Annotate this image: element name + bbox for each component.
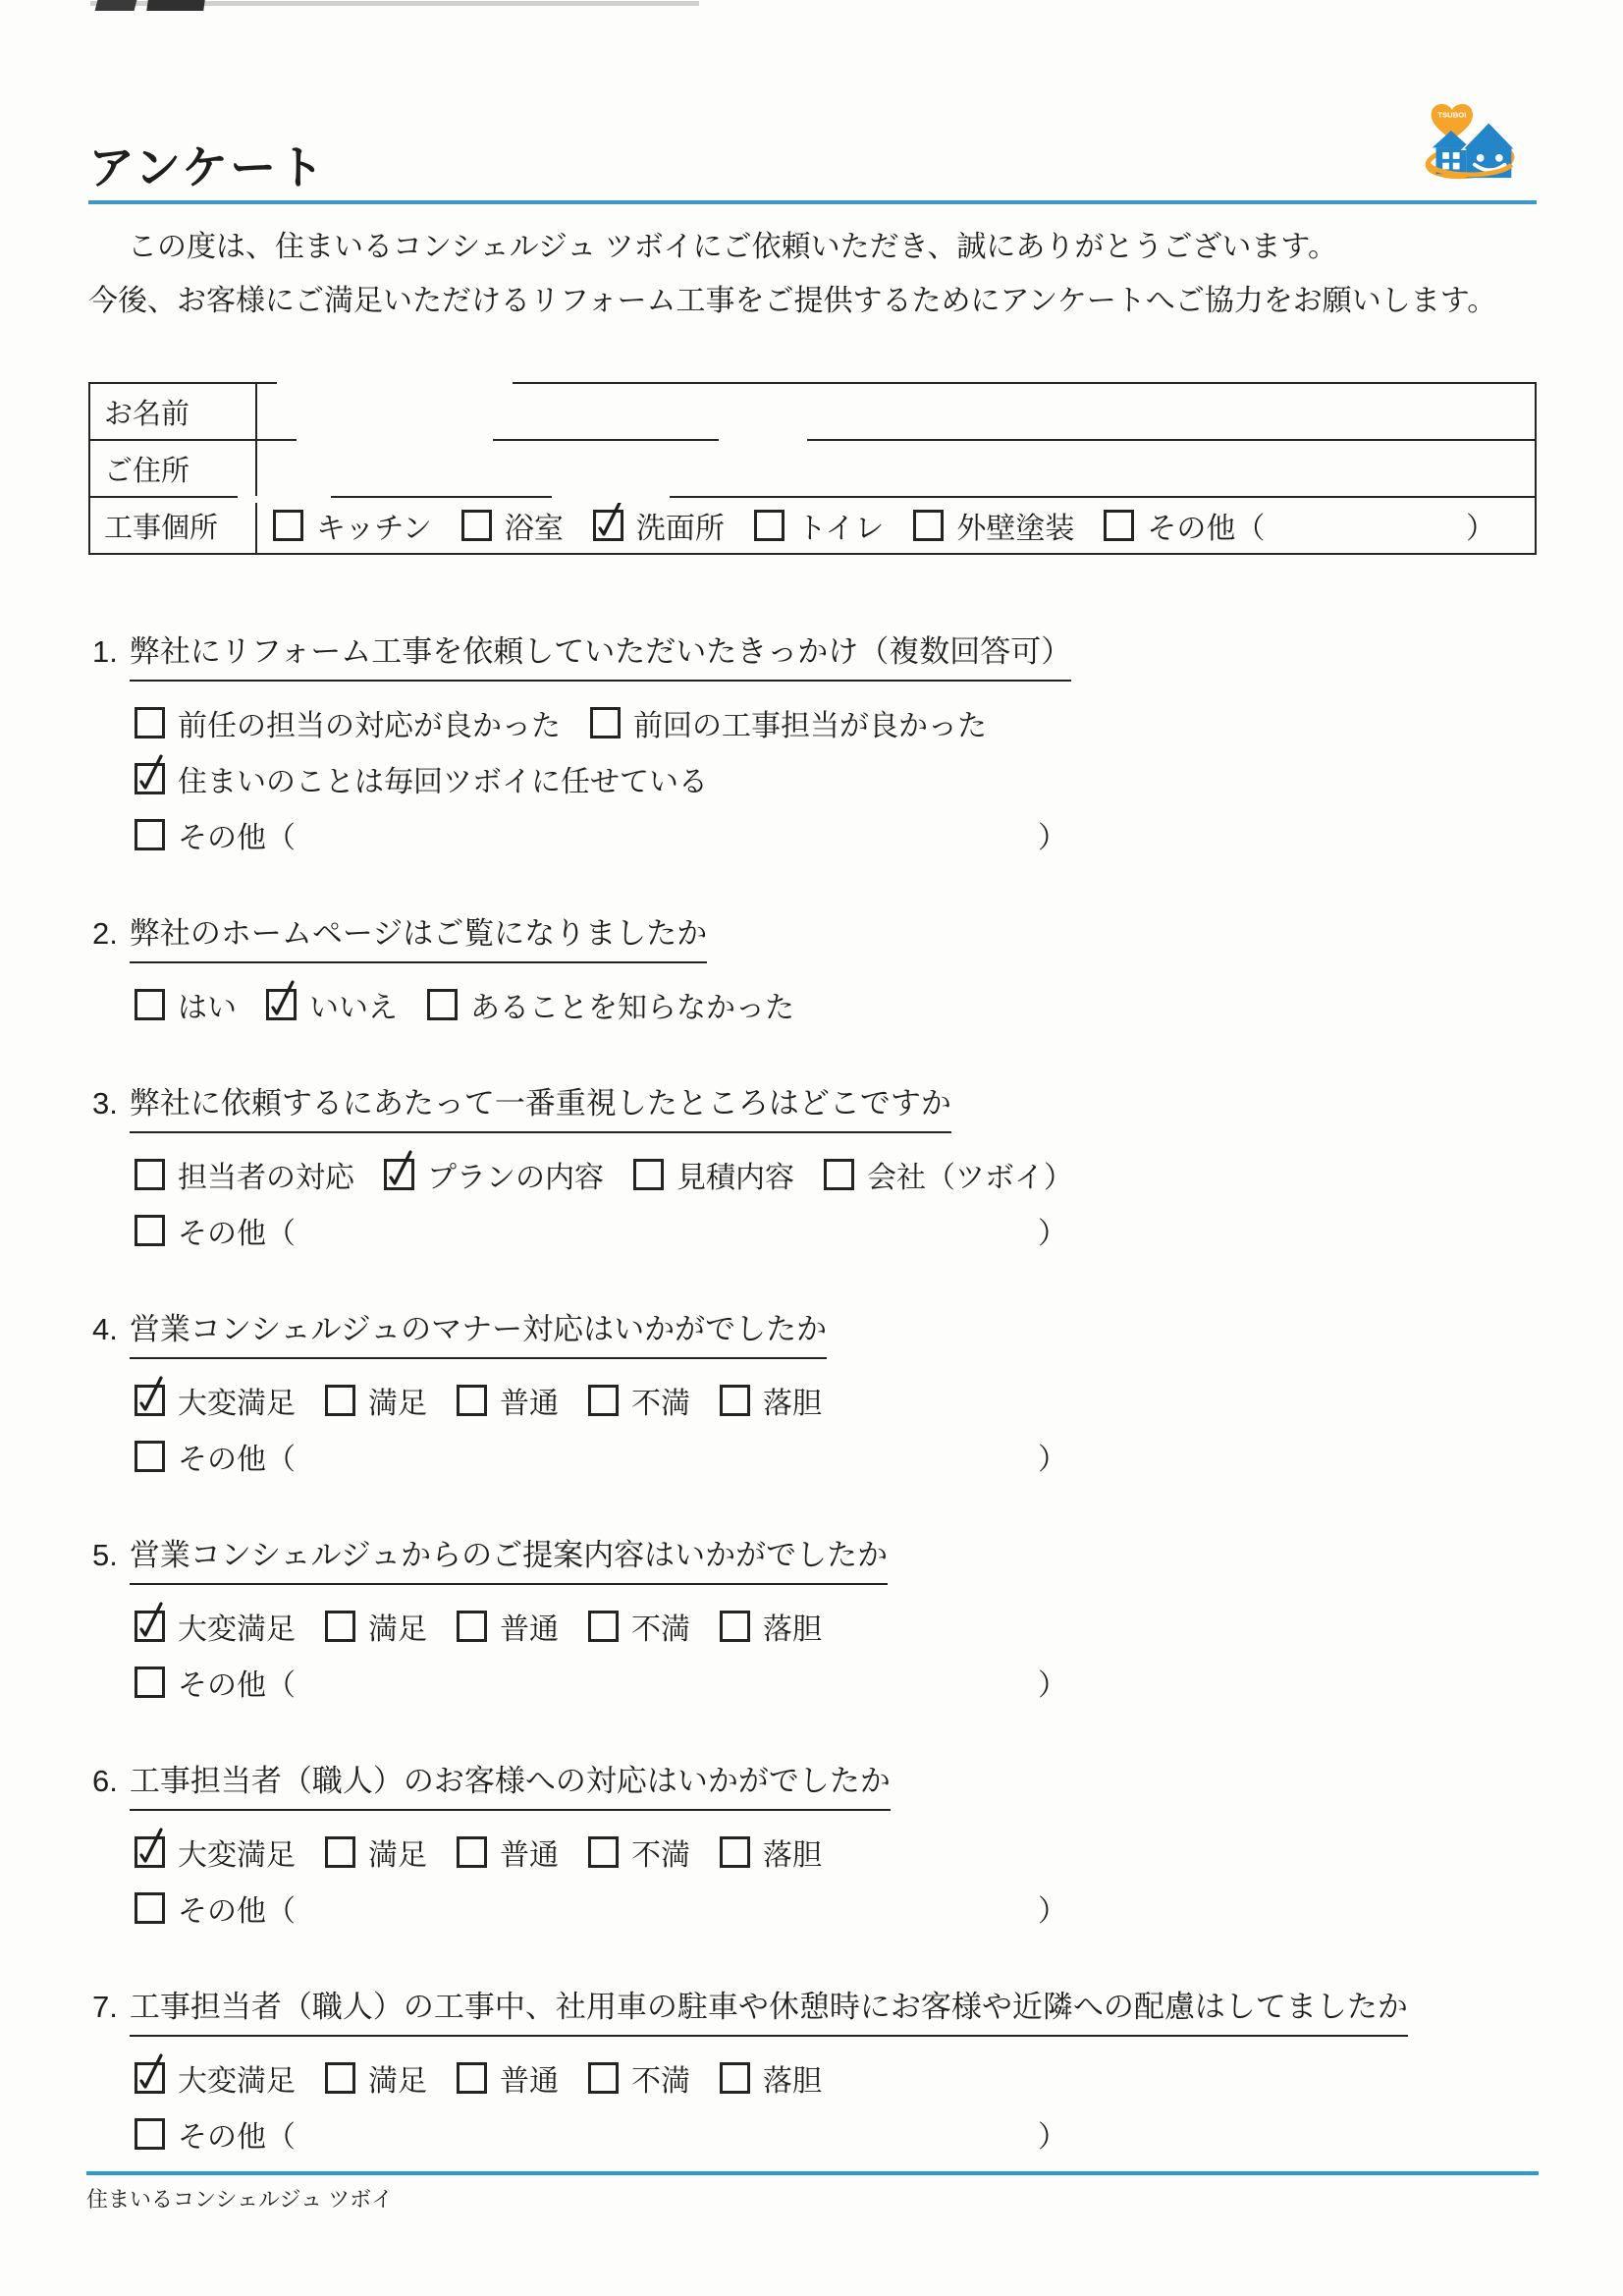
survey-option: その他（） [135,813,1067,856]
checkbox-checked[interactable] [266,989,297,1020]
option-row: その他（） [135,1886,1067,1930]
survey-option: 普通 [457,1831,559,1874]
scan-artifact [95,0,137,11]
question-heading: 7.工事担当者（職人）の工事中、社用車の駐車や休憩時にお客様や近隣への配慮はして… [92,1987,1537,2037]
intro-line-2: 今後、お客様にご満足いただけるリフォーム工事をご提供するためにアンケートへご協力… [88,284,1537,319]
survey-option: 満足 [325,1605,427,1648]
question-heading: 1.弊社にリフォーム工事を依頼していただいたきっかけ（複数回答可） [92,631,1537,682]
logo-text: TSUBOI [1437,111,1466,120]
option-row: 担当者の対応プランの内容見積内容会社（ツボイ） [135,1153,1537,1196]
close-paren: ） [1038,1661,1067,1704]
option-row: 大変満足満足普通不満落胆 [135,1379,1537,1422]
option-label: 不満 [631,1379,690,1422]
close-paren: ） [1038,1886,1067,1930]
survey-page: TSUBOI アンケート この度は、住まいるコンシェルジュ ツボイにご依頼いただ… [0,0,1623,2296]
question-6: 6.工事担当者（職人）のお客様への対応はいかがでしたか大変満足満足普通不満落胆そ… [92,1761,1537,1930]
option-label: トイレ [797,504,885,547]
close-paren: ） [1038,1435,1067,1478]
question-heading: 4.営業コンシェルジュのマナー対応はいかがでしたか [92,1309,1537,1359]
option-label: その他（ [178,813,296,856]
survey-option: はい [135,983,237,1026]
customer-info-table: お名前 ご住所 工事個所 キッチン浴室洗面所トイレ外壁塗装その他（） [88,382,1537,555]
question-heading: 2.弊社のホームページはご覧になりましたか [92,913,1537,963]
option-label: その他（ [178,1661,296,1704]
check-mark-icon [134,1373,167,1418]
scan-smudge [297,438,493,445]
close-paren: ） [1038,813,1067,856]
survey-option: 落胆 [720,2056,822,2100]
name-value-cell[interactable] [257,384,1535,439]
checkbox-checked[interactable] [135,2062,165,2094]
check-mark-icon [383,1147,416,1192]
checkbox[interactable] [325,1611,355,1642]
checkbox[interactable] [325,2062,355,2094]
survey-option: その他（） [135,1209,1067,1252]
survey-option: 大変満足 [135,1831,296,1874]
option-label: 落胆 [763,1831,822,1874]
page-title: アンケート [88,142,1537,193]
checkbox[interactable] [720,1836,750,1868]
option-row: 大変満足満足普通不満落胆 [135,1831,1537,1874]
checkbox[interactable] [754,510,784,541]
checkbox[interactable] [588,1836,619,1868]
option-label: 前任の担当の対応が良かった [178,701,561,744]
checkbox[interactable] [1104,510,1134,541]
option-label: 不満 [631,1605,690,1648]
checkbox-checked[interactable] [135,1611,165,1642]
checkbox[interactable] [325,1385,355,1416]
option-label: その他（ [1147,504,1265,547]
survey-option: 普通 [457,2056,559,2100]
close-paren: ） [1038,2112,1067,2156]
checkbox[interactable] [427,989,458,1020]
option-row: 前任の担当の対応が良かった前回の工事担当が良かった [135,701,1537,744]
checkbox-checked[interactable] [135,763,165,794]
option-label: 外壁塗装 [956,504,1074,547]
question-heading: 5.営業コンシェルジュからのご提案内容はいかがでしたか [92,1535,1537,1585]
checkbox[interactable] [135,1667,165,1698]
checkbox[interactable] [720,1611,750,1642]
option-row: その他（） [135,1209,1067,1252]
option-label: 普通 [500,1605,559,1648]
option-label: 不満 [631,1831,690,1874]
option-label: キッチン [316,504,432,547]
option-label: 大変満足 [178,1831,296,1874]
survey-option: 大変満足 [135,1605,296,1648]
footer-company: 住まいるコンシェルジュ ツボイ [86,2183,1539,2214]
question-number: 1. [92,631,118,682]
address-value-cell[interactable] [257,439,1535,496]
question-3: 3.弊社に依頼するにあたって一番重視したところはどこですか担当者の対応プランの内… [92,1083,1537,1252]
option-label: その他（ [178,1209,296,1252]
question-title: 工事担当者（職人）の工事中、社用車の駐車や休憩時にお客様や近隣への配慮はしてまし… [130,1987,1408,2037]
option-label: はい [178,983,237,1026]
checkbox[interactable] [273,510,303,541]
page-footer: 住まいるコンシェルジュ ツボイ [86,2171,1539,2214]
scan-smudge [552,496,670,503]
checkbox[interactable] [913,510,944,541]
check-mark-icon [134,1825,167,1870]
question-title: 弊社に依頼するにあたって一番重視したところはどこですか [130,1083,951,1133]
checkbox[interactable] [135,1215,165,1246]
checkbox[interactable] [457,1385,487,1416]
question-7: 7.工事担当者（職人）の工事中、社用車の駐車や休憩時にお客様や近隣への配慮はして… [92,1987,1537,2156]
option-label: 洗面所 [636,504,725,547]
option-label: 普通 [500,2056,559,2100]
checkbox[interactable] [457,1611,487,1642]
checkbox[interactable] [457,1836,487,1868]
checkbox[interactable] [590,707,621,738]
survey-option: 不満 [588,1831,690,1874]
close-paren: ） [1038,1209,1067,1252]
survey-option: 落胆 [720,1379,822,1422]
checkbox[interactable] [325,1836,355,1868]
checkbox[interactable] [135,1441,165,1472]
question-title: 営業コンシェルジュのマナー対応はいかがでしたか [130,1309,827,1359]
survey-option: 洗面所 [593,504,725,547]
option-label: いいえ [309,983,398,1026]
checkbox[interactable] [457,2062,487,2094]
question-title: 弊社にリフォーム工事を依頼していただいたきっかけ（複数回答可） [130,631,1071,682]
survey-option: 落胆 [720,1831,822,1874]
survey-option: 不満 [588,1379,690,1422]
survey-option: 落胆 [720,1605,822,1648]
option-label: 住まいのことは毎回ツボイに任せている [178,757,708,800]
check-mark-icon [134,1599,167,1644]
option-label: あることを知らなかった [470,983,794,1026]
survey-option: 普通 [457,1379,559,1422]
question-number: 3. [92,1083,118,1133]
option-label: 不満 [631,2056,690,2100]
survey-option: キッチン [273,504,432,547]
tsuboi-logo: TSUBOI [1425,98,1519,190]
scan-smudge [719,438,807,445]
close-paren: ） [1466,504,1495,547]
name-label: お名前 [90,384,257,439]
check-mark-icon [592,498,625,543]
question-heading: 6.工事担当者（職人）のお客様への対応はいかがでしたか [92,1761,1537,1811]
question-4: 4.営業コンシェルジュのマナー対応はいかがでしたか大変満足満足普通不満落胆その他… [92,1309,1537,1478]
checkbox[interactable] [135,1159,165,1190]
survey-option: 大変満足 [135,1379,296,1422]
question-5: 5.営業コンシェルジュからのご提案内容はいかがでしたか大変満足満足普通不満落胆そ… [92,1535,1537,1704]
survey-option: トイレ [754,504,885,547]
survey-option: 前任の担当の対応が良かった [135,701,561,744]
option-label: 大変満足 [178,2056,296,2100]
footer-rule [86,2171,1539,2175]
option-row: 大変満足満足普通不満落胆 [135,1605,1537,1648]
checkbox[interactable] [588,1611,619,1642]
survey-option: 不満 [588,1605,690,1648]
question-2: 2.弊社のホームページはご覧になりましたかはいいいえあることを知らなかった [92,913,1537,1026]
option-label: 大変満足 [178,1605,296,1648]
survey-option: プランの内容 [384,1153,604,1196]
title-rule [88,200,1537,204]
survey-option: その他（） [1104,504,1495,547]
survey-option: その他（） [135,1435,1067,1478]
option-label: 満足 [368,1831,427,1874]
survey-option: 満足 [325,1379,427,1422]
survey-option: 大変満足 [135,2056,296,2100]
survey-option: 前回の工事担当が良かった [590,701,987,744]
checkbox-checked[interactable] [384,1159,414,1190]
option-label: 満足 [368,2056,427,2100]
option-label: 満足 [368,1379,427,1422]
option-label: 落胆 [763,1605,822,1648]
option-label: その他（ [178,1886,296,1930]
check-mark-icon [134,2050,167,2096]
survey-option: 普通 [457,1605,559,1648]
check-mark-icon [134,751,167,796]
checkbox[interactable] [633,1159,664,1190]
checkbox[interactable] [720,2062,750,2094]
option-row: その他（） [135,1661,1067,1704]
question-title: 工事担当者（職人）のお客様への対応はいかがでしたか [130,1761,891,1811]
survey-option: 外壁塗装 [913,504,1074,547]
scan-smudge [238,496,331,503]
option-row: 大変満足満足普通不満落胆 [135,2056,1537,2100]
option-label: プランの内容 [427,1153,604,1196]
question-number: 6. [92,1761,118,1811]
work-location-label: 工事個所 [90,496,257,553]
intro-line-1: この度は、住まいるコンシェルジュ ツボイにご依頼いただき、誠にありがとうございま… [88,230,1537,265]
option-row: その他（） [135,2112,1067,2156]
checkbox-checked[interactable] [593,510,623,541]
checkbox[interactable] [588,1385,619,1416]
option-label: 浴室 [505,504,564,547]
checkbox[interactable] [135,989,165,1020]
checkbox[interactable] [135,707,165,738]
question-number: 4. [92,1309,118,1359]
checkbox[interactable] [588,2062,619,2094]
scan-smudge [277,380,513,387]
option-label: 見積内容 [676,1153,794,1196]
questions: 1.弊社にリフォーム工事を依頼していただいたきっかけ（複数回答可）前任の担当の対… [88,631,1537,2156]
checkbox[interactable] [461,510,492,541]
survey-option: あることを知らなかった [427,983,794,1026]
option-row: その他（） [135,1435,1067,1478]
survey-option: いいえ [266,983,398,1026]
scan-artifact [146,0,205,11]
survey-option: 浴室 [461,504,564,547]
survey-option: その他（） [135,1661,1067,1704]
option-label: 普通 [500,1379,559,1422]
option-label: その他（ [178,1435,296,1478]
survey-option: 不満 [588,2056,690,2100]
option-label: その他（ [178,2112,296,2156]
option-row: その他（） [135,813,1067,856]
checkbox[interactable] [720,1385,750,1416]
question-number: 2. [92,913,118,963]
question-title: 営業コンシェルジュからのご提案内容はいかがでしたか [130,1535,888,1585]
survey-option: その他（） [135,2112,1067,2156]
survey-option: 満足 [325,1831,427,1874]
address-label: ご住所 [90,439,257,496]
option-label: 大変満足 [178,1379,296,1422]
survey-option: 担当者の対応 [135,1153,354,1196]
survey-option: 会社（ツボイ） [824,1153,1073,1196]
option-label: 落胆 [763,2056,822,2100]
checkbox[interactable] [135,2118,165,2150]
checkbox[interactable] [135,1892,165,1924]
option-label: 満足 [368,1605,427,1648]
option-label: 落胆 [763,1379,822,1422]
option-row: はいいいえあることを知らなかった [135,983,1537,1026]
checkbox-checked[interactable] [135,1385,165,1416]
checkbox-checked[interactable] [135,1836,165,1868]
checkbox[interactable] [135,819,165,850]
survey-option: 見積内容 [633,1153,794,1196]
option-label: 前回の工事担当が良かった [633,701,987,744]
work-options-row: キッチン浴室洗面所トイレ外壁塗装その他（） [257,496,1535,553]
option-label: 普通 [500,1831,559,1874]
survey-option: その他（） [135,1886,1067,1930]
check-mark-icon [265,977,298,1022]
question-1: 1.弊社にリフォーム工事を依頼していただいたきっかけ（複数回答可）前任の担当の対… [92,631,1537,856]
question-number: 7. [92,1987,118,2037]
question-title: 弊社のホームページはご覧になりましたか [130,913,707,963]
checkbox[interactable] [824,1159,854,1190]
survey-option: 住まいのことは毎回ツボイに任せている [135,757,708,800]
survey-option: 満足 [325,2056,427,2100]
option-row: 住まいのことは毎回ツボイに任せている [135,757,1537,800]
option-label: 会社（ツボイ） [867,1153,1073,1196]
question-number: 5. [92,1535,118,1585]
question-heading: 3.弊社に依頼するにあたって一番重視したところはどこですか [92,1083,1537,1133]
option-label: 担当者の対応 [178,1153,354,1196]
